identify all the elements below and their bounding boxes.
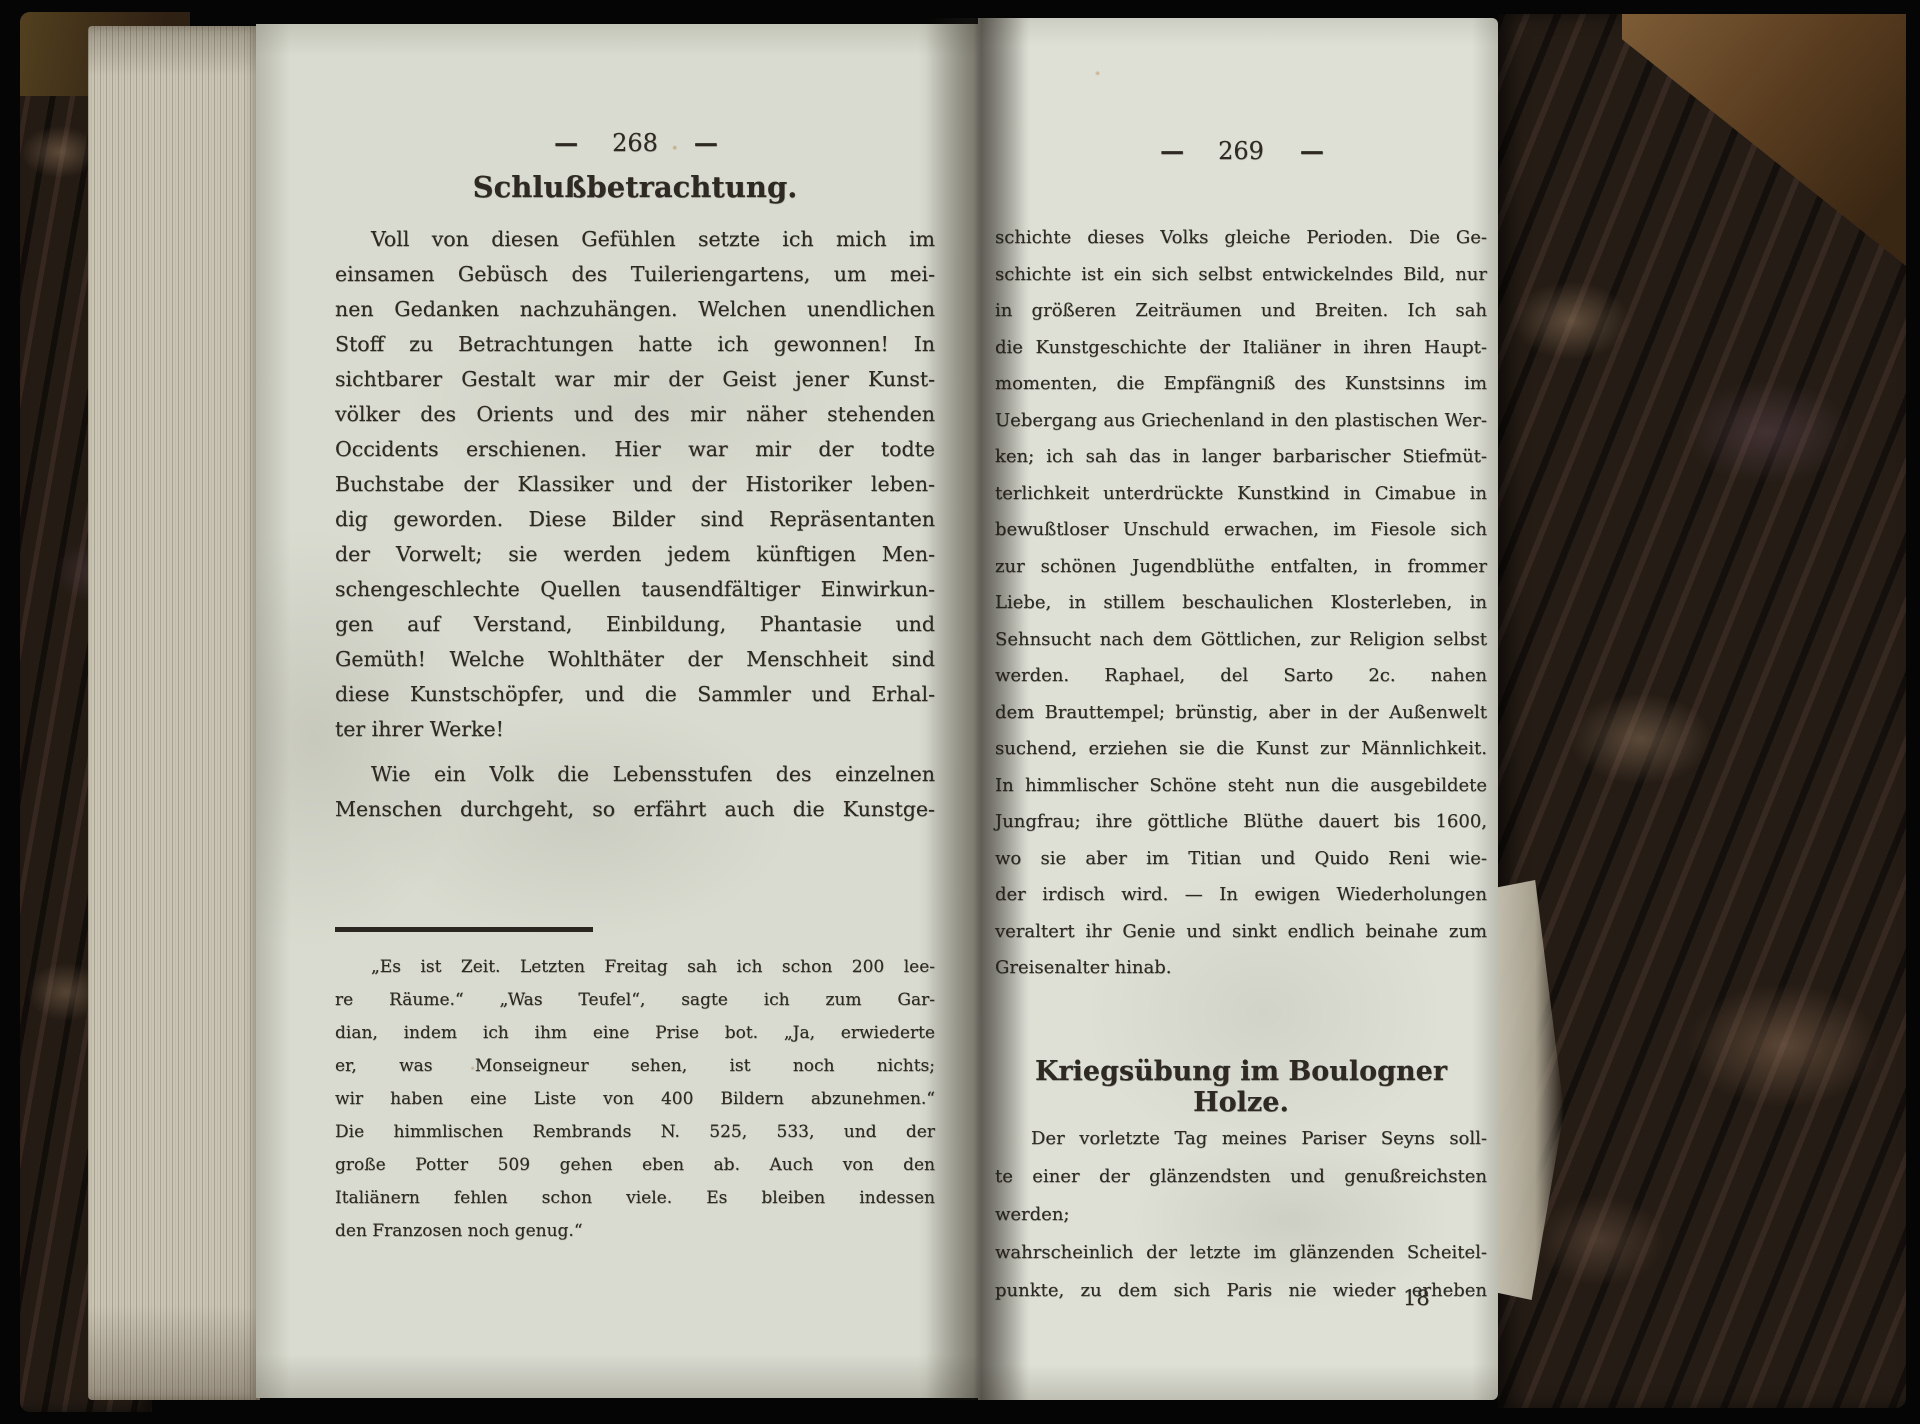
text-line: Gemüth! Welche Wohlthäter der Menschheit… <box>335 642 935 677</box>
signature-mark: 18 <box>995 1286 1487 1310</box>
header-dash: — <box>1300 136 1322 165</box>
text-line: bewußtloser Unschuld erwachen, im Fiesol… <box>995 512 1487 549</box>
text-line: schengeschlechte Quellen tausendfältiger… <box>335 572 935 607</box>
book-page-left: — 268 — Schlußbetrachtung. Voll von dies… <box>256 24 978 1398</box>
book-photo: — 268 — Schlußbetrachtung. Voll von dies… <box>0 0 1920 1424</box>
text-line: wo sie aber im Titian und Quido Reni wie… <box>995 841 1487 878</box>
header-dash: — <box>554 128 576 157</box>
text-line: veraltert ihr Genie und sinkt endlich be… <box>995 914 1487 951</box>
section-heading: Kriegsübung im Boulogner Holze. <box>995 1056 1487 1118</box>
text-line: Stoff zu Betrachtungen hatte ich gewonne… <box>335 327 935 362</box>
body-text-right: schichte dieses Volks gleiche Perioden. … <box>995 220 1487 987</box>
text-line: Sehnsucht nach dem Göttlichen, zur Relig… <box>995 622 1487 659</box>
page-number: 269 <box>1218 137 1264 165</box>
text-line: die Kunstgeschichte der Italiäner in ihr… <box>995 330 1487 367</box>
text-line: diese Kunstschöpfer, und die Sammler und… <box>335 677 935 712</box>
text-line: dian, indem ich ihm eine Prise bot. „Ja,… <box>335 1017 935 1050</box>
header-dash: — <box>694 128 716 157</box>
section-text: Der vorletzte Tag meines Pariser Seyns s… <box>995 1120 1487 1310</box>
text-line: in größeren Zeiträumen und Breiten. Ich … <box>995 293 1487 330</box>
chapter-heading: Schlußbetrachtung. <box>335 170 935 204</box>
text-line: sichtbarer Gestalt war mir der Geist jen… <box>335 362 935 397</box>
text-line: te einer der glänzendsten und genußreich… <box>995 1158 1487 1234</box>
text-line: „Es ist Zeit. Letzten Freitag sah ich sc… <box>335 951 935 984</box>
text-line: Liebe, in stillem beschaulichen Klosterl… <box>995 585 1487 622</box>
text-line: völker des Orients und des mir näher ste… <box>335 397 935 432</box>
text-line: Buchstabe der Klassiker und der Historik… <box>335 467 935 502</box>
text-line: schichte ist ein sich selbst entwickelnd… <box>995 257 1487 294</box>
text-line: Italiänern fehlen schon viele. Es bleibe… <box>335 1182 935 1215</box>
text-line: zur schönen Jugendblüthe entfalten, in f… <box>995 549 1487 586</box>
header-dash: — <box>1160 136 1182 165</box>
text-line: ter ihrer Werke! <box>335 712 935 747</box>
page-number: 268 <box>612 129 658 157</box>
footnote-rule <box>335 927 593 932</box>
text-line: Voll von diesen Gefühlen setzte ich mich… <box>335 222 935 257</box>
body-text-left: Voll von diesen Gefühlen setzte ich mich… <box>335 222 935 827</box>
text-line: ken; ich sah das in langer barbarischer … <box>995 439 1487 476</box>
text-line: der irdisch wird. — In ewigen Wiederholu… <box>995 877 1487 914</box>
text-line: Die himmlischen Rembrands N. 525, 533, u… <box>335 1116 935 1149</box>
text-line: werden. Raphael, del Sarto 2c. nahen <box>995 658 1487 695</box>
text-line: In himmlischer Schöne steht nun die ausg… <box>995 768 1487 805</box>
text-line: schichte dieses Volks gleiche Perioden. … <box>995 220 1487 257</box>
footnote-text: „Es ist Zeit. Letzten Freitag sah ich sc… <box>335 951 935 1248</box>
text-line: wahrscheinlich der letzte im glänzenden … <box>995 1234 1487 1272</box>
right-marbled-board <box>1498 14 1906 1408</box>
text-line: wir haben eine Liste von 400 Bildern abz… <box>335 1083 935 1116</box>
text-line: er, was Monseigneur sehen, ist noch nich… <box>335 1050 935 1083</box>
text-line: Jungfrau; ihre göttliche Blüthe dauert b… <box>995 804 1487 841</box>
text-line: gen auf Verstand, Einbildung, Phantasie … <box>335 607 935 642</box>
page-fore-edge-stack <box>88 26 260 1400</box>
text-line: nen Gedanken nachzuhängen. Welchen unend… <box>335 292 935 327</box>
text-line: suchend, erziehen sie die Kunst zur Männ… <box>995 731 1487 768</box>
text-line: Uebergang aus Griechenland in den plasti… <box>995 403 1487 440</box>
text-line: Greisenalter hinab. <box>995 950 1487 987</box>
text-line: der Vorwelt; sie werden jedem künftigen … <box>335 537 935 572</box>
text-line: Occidents erschienen. Hier war mir der t… <box>335 432 935 467</box>
book-page-right: — 269 — schichte dieses Volks gleiche Pe… <box>978 18 1498 1400</box>
page-header-left: — 268 — <box>335 128 935 157</box>
text-line: Der vorletzte Tag meines Pariser Seyns s… <box>995 1120 1487 1158</box>
text-line: terlichkeit unterdrückte Kunstkind in Ci… <box>995 476 1487 513</box>
text-line: dig geworden. Diese Bilder sind Repräsen… <box>335 502 935 537</box>
text-line: große Potter 509 gehen eben ab. Auch von… <box>335 1149 935 1182</box>
text-line: Wie ein Volk die Lebensstufen des einzel… <box>335 757 935 792</box>
page-header-right: — 269 — <box>995 136 1487 165</box>
text-line: den Franzosen noch genug.“ <box>335 1215 935 1248</box>
text-line: dem Brauttempel; brünstig, aber in der A… <box>995 695 1487 732</box>
text-line: Menschen durchgeht, so erfährt auch die … <box>335 792 935 827</box>
text-line: momenten, die Empfängniß des Kunstsinns … <box>995 366 1487 403</box>
text-line: re Räume.“ „Was Teufel“, sagte ich zum G… <box>335 984 935 1017</box>
text-line: einsamen Gebüsch des Tuileriengartens, u… <box>335 257 935 292</box>
